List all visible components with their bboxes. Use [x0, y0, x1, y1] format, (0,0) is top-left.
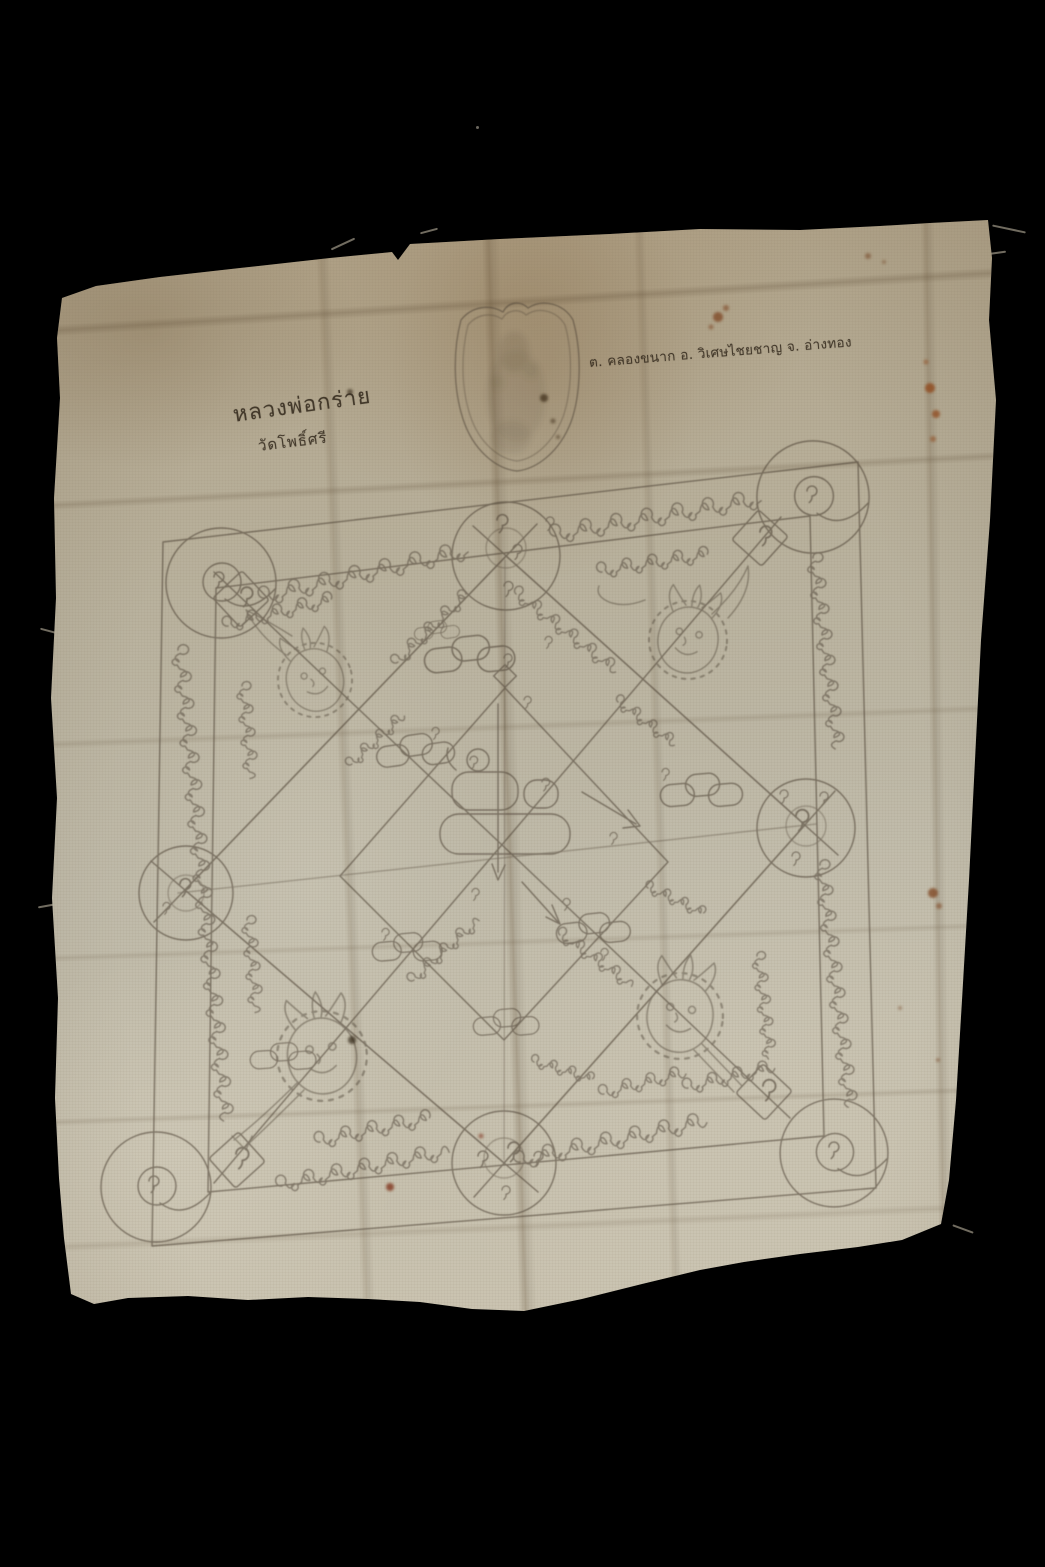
fold-crease	[313, 205, 376, 1330]
fold-crease	[35, 703, 1010, 749]
frayed-fiber	[992, 224, 1026, 233]
fold-crease	[36, 266, 1010, 337]
fold-crease	[35, 1085, 1010, 1127]
frayed-fiber	[331, 238, 355, 251]
fold-crease	[480, 205, 537, 1330]
dust-speck	[476, 126, 479, 129]
fold-crease	[920, 205, 954, 1330]
yant-cloth	[0, 0, 1045, 1567]
fold-crease	[632, 205, 683, 1330]
photo-backdrop: หลวงพ่อกร่าย วัดโพธิ์ศรี ต. คลองขนาก อ. …	[0, 0, 1045, 1567]
fold-crease	[35, 1201, 1010, 1254]
fold-crease	[35, 450, 1009, 511]
frayed-fiber	[38, 904, 54, 909]
frayed-fiber	[420, 228, 438, 235]
fold-crease	[35, 921, 1010, 963]
frayed-fiber	[952, 1224, 973, 1233]
